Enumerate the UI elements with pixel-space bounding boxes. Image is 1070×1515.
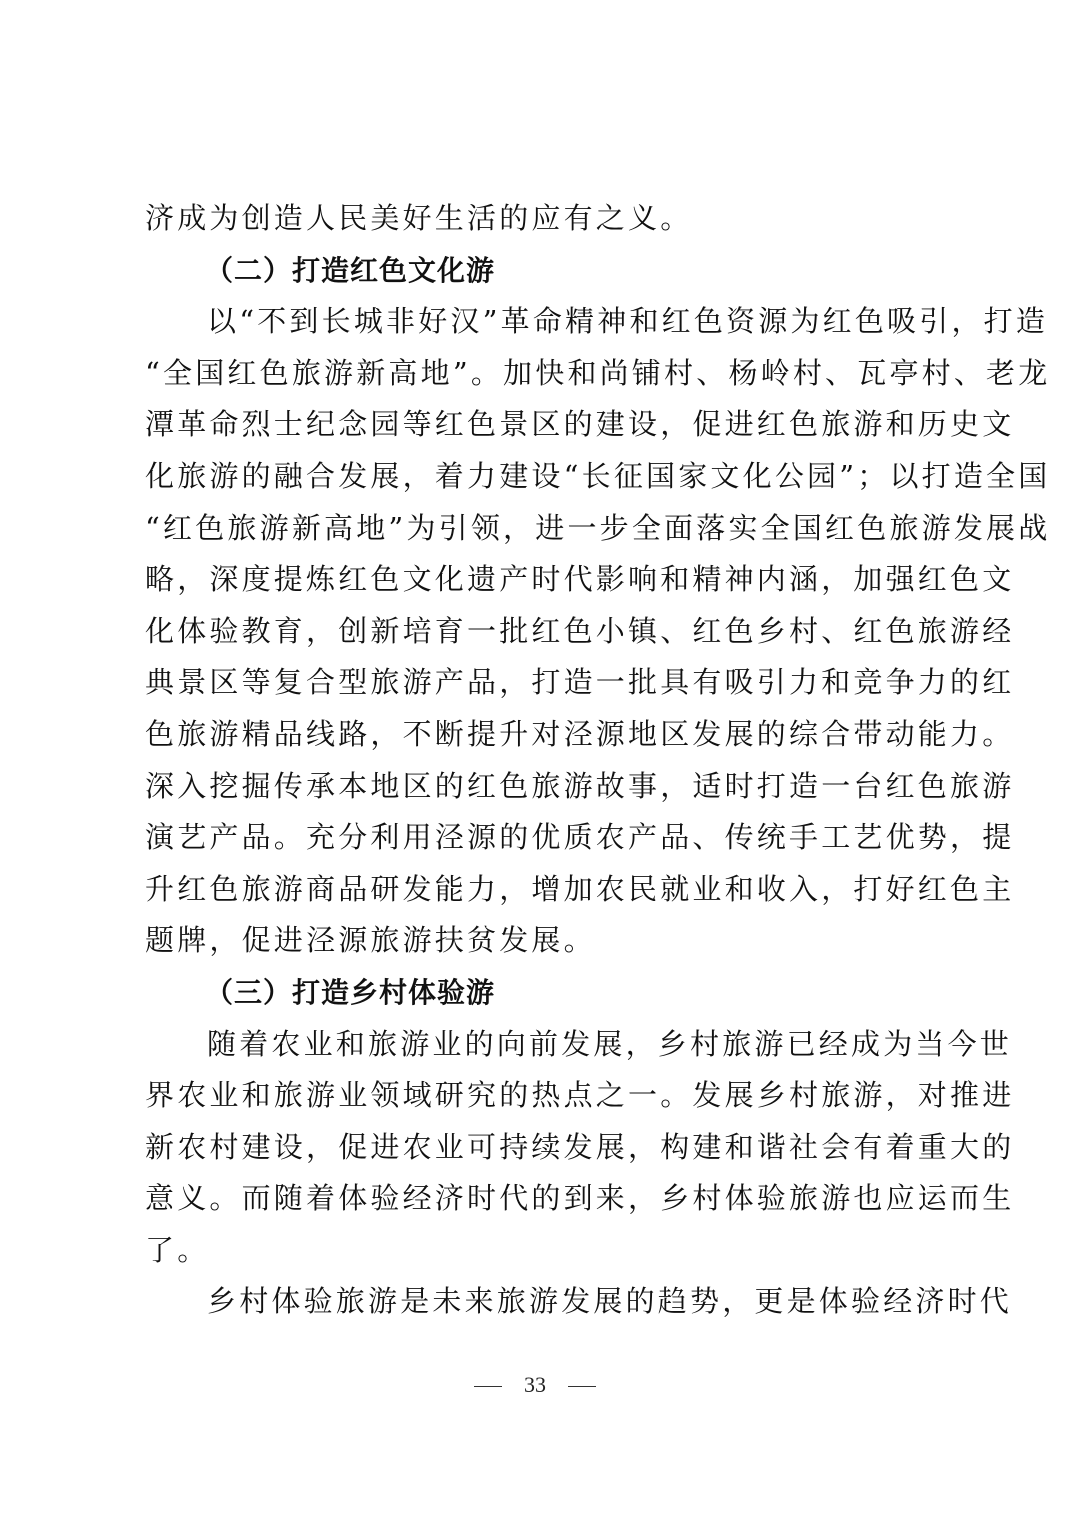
text-line: 济成为创造人民美好生活的应有之义。 [145, 193, 937, 245]
document-body: 济成为创造人民美好生活的应有之义。 （二）打造红色文化游 以“不到长城非好汉”革… [145, 193, 937, 1328]
paragraph-line: 化旅游的融合发展，着力建设“长征国家文化公园”；以打造全国 [145, 451, 937, 503]
section-heading-red-culture-tour: （二）打造红色文化游 [145, 245, 937, 297]
paragraph-line: 演艺产品。充分利用泾源的优质农产品、传统手工艺优势，提 [145, 812, 937, 864]
paragraph-line: 了。 [145, 1225, 937, 1277]
paragraph-line: 潭革命烈士纪念园等红色景区的建设，促进红色旅游和历史文 [145, 399, 937, 451]
paragraph-line: 意义。而随着体验经济时代的到来，乡村体验旅游也应运而生 [145, 1173, 937, 1225]
paragraph-line: 乡村体验旅游是未来旅游发展的趋势，更是体验经济时代 [145, 1276, 937, 1328]
paragraph-line: 升红色旅游商品研发能力，增加农民就业和收入，打好红色主 [145, 864, 937, 916]
paragraph-line: 界农业和旅游业领域研究的热点之一。发展乡村旅游，对推进 [145, 1070, 937, 1122]
paragraph-line: “全国红色旅游新高地”。加快和尚铺村、杨岭村、瓦亭村、老龙 [145, 348, 937, 400]
section-heading-rural-experience-tour: （三）打造乡村体验游 [145, 967, 937, 1019]
paragraph-line: 随着农业和旅游业的向前发展，乡村旅游已经成为当今世 [145, 1019, 937, 1071]
dash-left [474, 1386, 502, 1387]
paragraph-line: “红色旅游新高地”为引领，进一步全面落实全国红色旅游发展战 [145, 503, 937, 555]
paragraph-line: 以“不到长城非好汉”革命精神和红色资源为红色吸引，打造 [145, 296, 937, 348]
paragraph-line: 典景区等复合型旅游产品，打造一批具有吸引力和竞争力的红 [145, 657, 937, 709]
paragraph-line: 题牌，促进泾源旅游扶贫发展。 [145, 915, 937, 967]
paragraph-line: 化体验教育，创新培育一批红色小镇、红色乡村、红色旅游经 [145, 606, 937, 658]
page-number: 33 [524, 1372, 546, 1397]
dash-right [568, 1386, 596, 1387]
paragraph-line: 色旅游精品线路，不断提升对泾源地区发展的综合带动能力。 [145, 709, 937, 761]
page-footer: 33 [0, 1372, 1070, 1398]
paragraph-line: 深入挖掘传承本地区的红色旅游故事，适时打造一台红色旅游 [145, 761, 937, 813]
paragraph-line: 略，深度提炼红色文化遗产时代影响和精神内涵，加强红色文 [145, 554, 937, 606]
paragraph-line: 新农村建设，促进农业可持续发展，构建和谐社会有着重大的 [145, 1122, 937, 1174]
